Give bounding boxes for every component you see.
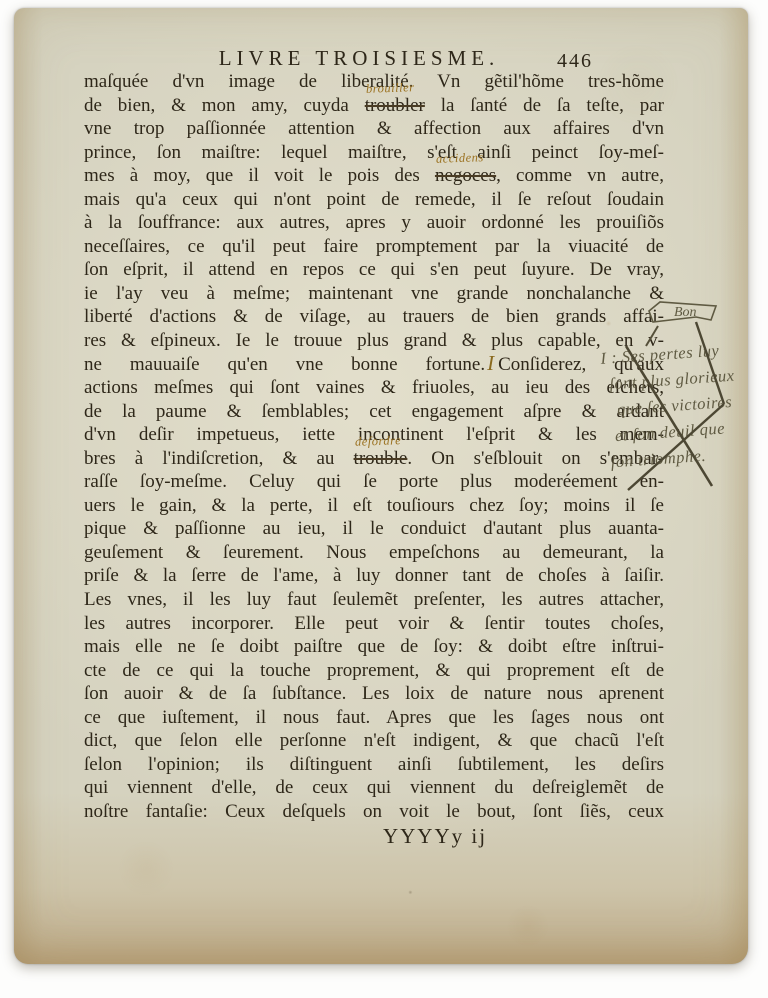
text-line: neceſſaires, ce qu'il peut faire prompte… <box>84 235 664 259</box>
text-line: priſe & la ſerre de l'ame, à luy donner … <box>84 564 664 588</box>
interlinear-correction: brouiller <box>365 81 414 95</box>
text-segment: , comme vn autre, <box>496 165 664 186</box>
struck-word-wrap: deſordretrouble <box>354 447 408 471</box>
text-segment: la ſanté de ſa teſte, par <box>425 95 664 116</box>
text-line: Les vnes, il les luy faut ſeulemẽt preſe… <box>84 588 664 612</box>
text-segment: geuſement & ſeurement. Nous empeſchons a… <box>84 542 664 563</box>
text-segment: ce que iuſtement, il nous faut. Apres qu… <box>84 707 664 728</box>
text-line: res & eſpineux. Ie le trouue plus grand … <box>84 329 664 353</box>
text-segment: qui viennent d'elle, de ceux qui viennen… <box>84 777 664 798</box>
text-segment: les autres incorporer. Elle peut voir & … <box>84 613 664 634</box>
text-segment: pique & paſſionne au ieu, il le conduict… <box>84 518 664 539</box>
text-segment: prince, ſon maiſtre: lequel maiſtre, s'e… <box>84 142 664 163</box>
struck-word: trouble <box>354 448 408 469</box>
interlinear-correction: accidens <box>436 151 484 165</box>
text-line: prince, ſon maiſtre: lequel maiſtre, s'e… <box>84 141 664 165</box>
text-segment: uers le gain, & la perte, il eſt touſiou… <box>84 495 664 516</box>
text-line: mais qu'a ceux qui n'ont point de remede… <box>84 188 664 212</box>
page-sheet: LIVRE TROISIESME. 446 maſquée d'vn image… <box>14 8 748 964</box>
text-segment: Les vnes, il les luy faut ſeulemẽt preſe… <box>84 589 664 610</box>
text-segment: ne mauuaiſe qu'en vne bonne fortune. <box>84 354 485 375</box>
text-segment: ſon eſprit, il attend en repos ce qui s'… <box>84 259 664 280</box>
text-segment: cte de ce qui la touche proprement, & qu… <box>84 660 664 681</box>
bon-cartouche: Bon <box>644 298 726 330</box>
text-segment: ſon auoir & de ſa ſubſtance. Les loix de… <box>84 683 664 704</box>
text-segment: bres à l'indiſcretion, & au <box>84 448 354 469</box>
text-segment: à la ſouffrance: aux autres, apres y auo… <box>84 212 664 233</box>
text-line: à la ſouffrance: aux autres, apres y auo… <box>84 211 664 235</box>
text-line: mes à moy, que il voit le pois des accid… <box>84 164 664 188</box>
text-line: noſtre fantaſie: Ceux deſquels on voit l… <box>84 800 664 824</box>
margin-handwritten-note: I : Ses pertes luyſont plus glorieuxque … <box>600 334 748 475</box>
text-line: pique & paſſionne au ieu, il le conduict… <box>84 517 664 541</box>
struck-word-wrap: accidensnegoces <box>435 164 496 188</box>
text-segment: dict, que ſelon elle perſonne n'eſt indi… <box>84 730 664 751</box>
text-line: vne trop paſſionnée attention & affectio… <box>84 117 664 141</box>
text-line: ce que iuſtement, il nous faut. Apres qu… <box>84 706 664 730</box>
insertion-mark: I <box>487 351 494 375</box>
text-line: ie l'ay veu à meſme; maintenant vne gran… <box>84 282 664 306</box>
scanned-book-photo: LIVRE TROISIESME. 446 maſquée d'vn image… <box>0 0 768 998</box>
body-text-block: maſquée d'vn image de liberalité. Vn gẽt… <box>84 70 664 824</box>
text-segment: noſtre fantaſie: Ceux deſquels on voit l… <box>84 801 664 822</box>
struck-word-wrap: brouillertroubler <box>365 94 425 118</box>
text-segment: actions meſmes qui ſont vaines & friuole… <box>84 377 664 398</box>
text-segment: ſelon l'opinion; ils diſtinguent ainſi ſ… <box>84 754 664 775</box>
bon-label: Bon <box>674 305 697 320</box>
text-segment: priſe & la ſerre de l'ame, à luy donner … <box>84 565 664 586</box>
margin-annotation-area: Bon I : Ses pertes luyſont plus glorieux… <box>600 294 748 499</box>
text-line: ſon eſprit, il attend en repos ce qui s'… <box>84 258 664 282</box>
text-segment: mais qu'a ceux qui n'ont point de remede… <box>84 189 664 210</box>
text-segment: neceſſaires, ce qu'il peut faire prompte… <box>84 236 664 257</box>
text-segment: mais elle ne ſe doibt paiſtre que de ſoy… <box>84 636 664 657</box>
text-line: cte de ce qui la touche proprement, & qu… <box>84 659 664 683</box>
text-line: qui viennent d'elle, de ceux qui viennen… <box>84 776 664 800</box>
text-segment: raſſe ſoy-meſme. Celuy qui ſe porte plus… <box>84 471 664 492</box>
text-line: dict, que ſelon elle perſonne n'eſt indi… <box>84 729 664 753</box>
text-line: les autres incorporer. Elle peut voir & … <box>84 612 664 636</box>
text-segment: res & eſpineux. Ie le trouue plus grand … <box>84 330 664 351</box>
text-segment: mes à moy, que il voit le pois des <box>84 165 435 186</box>
text-line: geuſement & ſeurement. Nous empeſchons a… <box>84 541 664 565</box>
text-line: de la paume & ſemblables; cet engagement… <box>84 400 664 424</box>
text-segment: de la paume & ſemblables; cet engagement… <box>84 401 664 422</box>
interlinear-correction: deſordre <box>354 434 401 448</box>
text-line: bres à l'indiſcretion, & au deſordretrou… <box>84 447 664 471</box>
struck-word: troubler <box>365 95 425 116</box>
text-line: de bien, & mon amy, cuyda brouillertroub… <box>84 94 664 118</box>
text-segment: ie l'ay veu à meſme; maintenant vne gran… <box>84 283 664 304</box>
text-line: raſſe ſoy-meſme. Celuy qui ſe porte plus… <box>84 470 664 494</box>
text-line: ſon auoir & de ſa ſubſtance. Les loix de… <box>84 682 664 706</box>
text-segment: de bien, & mon amy, cuyda <box>84 95 365 116</box>
text-line: ſelon l'opinion; ils diſtinguent ainſi ſ… <box>84 753 664 777</box>
text-line: mais elle ne ſe doibt paiſtre que de ſoy… <box>84 635 664 659</box>
text-line: liberté d'actions & de viſage, au trauer… <box>84 305 664 329</box>
text-line: uers le gain, & la perte, il eſt touſiou… <box>84 494 664 518</box>
struck-word: negoces <box>435 165 496 186</box>
text-segment: liberté d'actions & de viſage, au trauer… <box>84 306 664 327</box>
text-line: ne mauuaiſe qu'en vne bonne fortune.ICon… <box>84 353 664 377</box>
text-line: actions meſmes qui ſont vaines & friuole… <box>84 376 664 400</box>
signature-mark: YYYYy ij <box>146 824 724 849</box>
text-segment: vne trop paſſionnée attention & affectio… <box>84 118 664 139</box>
